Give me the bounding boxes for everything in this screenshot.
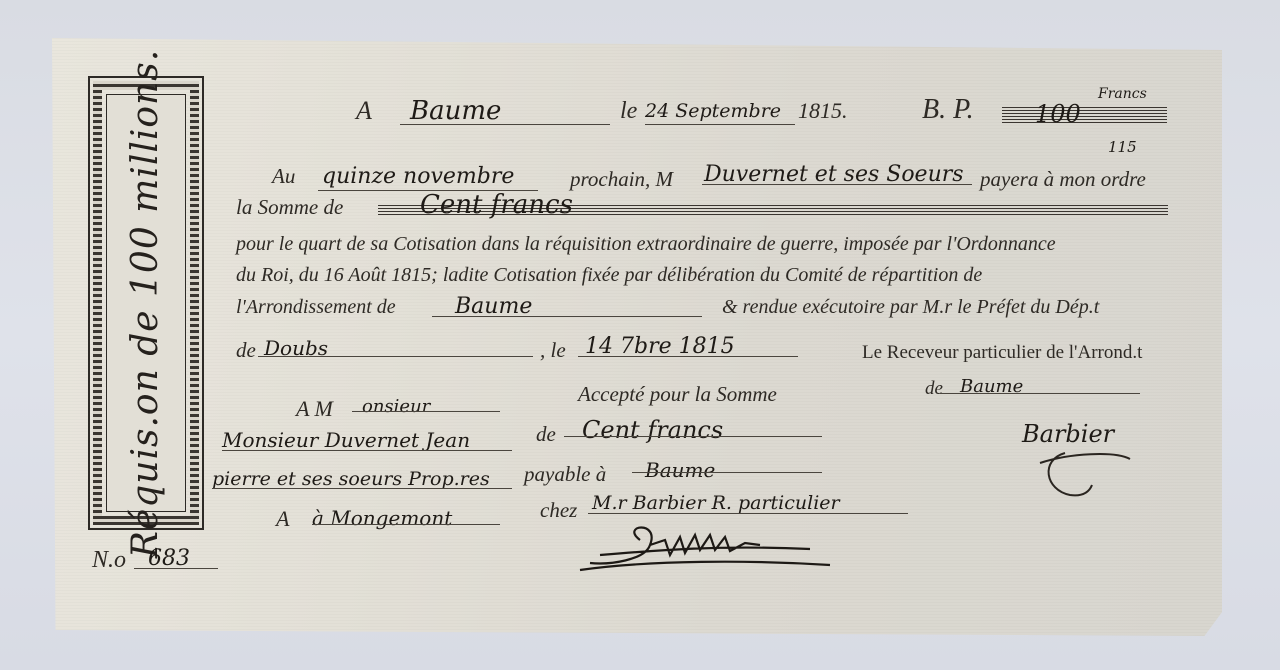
bp-note: 115: [1108, 138, 1137, 156]
dept-underline: [258, 356, 533, 357]
receiver-signature: Barbier: [1022, 420, 1114, 448]
addressee-line-1-prefix: A M: [296, 396, 333, 422]
bp-label: B. P.: [922, 94, 974, 126]
date-prefix: le: [620, 98, 637, 125]
stamp-label: Réquis.on de 100 millions.: [126, 48, 167, 557]
receiver-of-underline: [940, 393, 1140, 394]
arrondissement-underline: [432, 316, 702, 317]
requisition-stamp-frame: Réquis.on de 100 millions.: [88, 76, 204, 530]
payer-underline: [702, 184, 972, 185]
addressee-line-4: à Mongemont: [312, 506, 452, 530]
bp-amount: 100: [1035, 100, 1081, 128]
place-prefix: A: [356, 96, 372, 126]
addressee-line-3-underline: [212, 488, 512, 489]
stamp-inner: Réquis.on de 100 millions.: [106, 94, 186, 512]
accepted-label: Accepté pour la Somme: [578, 382, 777, 407]
chez-value: M.r Barbier R. particulier: [592, 492, 840, 514]
sum-label: la Somme de: [236, 195, 343, 220]
body-line-1: pour le quart de sa Cotisation dans la r…: [236, 233, 1056, 256]
acceptor-signature: [570, 515, 840, 585]
addressee-line-4-prefix: A: [276, 506, 289, 532]
bp-unit: Francs: [1098, 86, 1147, 102]
addressee-line-4-underline: [312, 524, 500, 525]
payable-place-underline: [632, 472, 822, 473]
receiver-flourish: [1030, 445, 1140, 505]
place-underline: [400, 124, 610, 125]
body-line-2: du Roi, du 16 Août 1815; ladite Cotisati…: [236, 264, 982, 287]
addressee-line-2: Monsieur Duvernet Jean: [222, 428, 470, 452]
date-underline: [645, 124, 795, 125]
addressee-line-2-underline: [222, 450, 512, 451]
dept-date-prefix: , le: [540, 338, 566, 363]
number-label: N.o: [92, 547, 126, 574]
addressee-line-1-underline: [352, 411, 500, 412]
bp-amount-guard-lines: [1002, 107, 1167, 123]
due-suffix: prochain, M: [570, 167, 673, 192]
payable-label: payable à: [524, 462, 606, 487]
receiver-of-prefix: de: [925, 378, 943, 400]
dept-prefix: de: [236, 338, 256, 363]
accepted-sum-underline: [564, 436, 822, 437]
addressee-line-3: pierre et ses soeurs Prop.res: [212, 468, 490, 490]
accepted-de: de: [536, 422, 556, 447]
body-line-3-suffix: & rendue exécutoire par M.r le Préfet du…: [722, 296, 1099, 319]
number-underline: [134, 568, 218, 569]
chez-underline: [588, 513, 908, 514]
due-prefix: Au: [272, 164, 295, 189]
addressee-line-1: onsieur: [362, 396, 430, 417]
dept-date-underline: [578, 356, 798, 357]
due-date: quinze novembre: [322, 164, 514, 189]
payable-place: Baume: [645, 458, 715, 482]
sum-words: Cent francs: [420, 190, 573, 220]
body-line-3-prefix: l'Arrondissement de: [236, 296, 396, 319]
accepted-sum: Cent francs: [582, 416, 723, 444]
place-value: Baume: [410, 96, 501, 126]
receiver-title: Le Receveur particulier de l'Arrond.t: [862, 342, 1142, 364]
year: 1815.: [798, 98, 848, 124]
pay-order: payera à mon ordre: [980, 167, 1146, 192]
date-value: 24 Septembre: [645, 100, 781, 122]
